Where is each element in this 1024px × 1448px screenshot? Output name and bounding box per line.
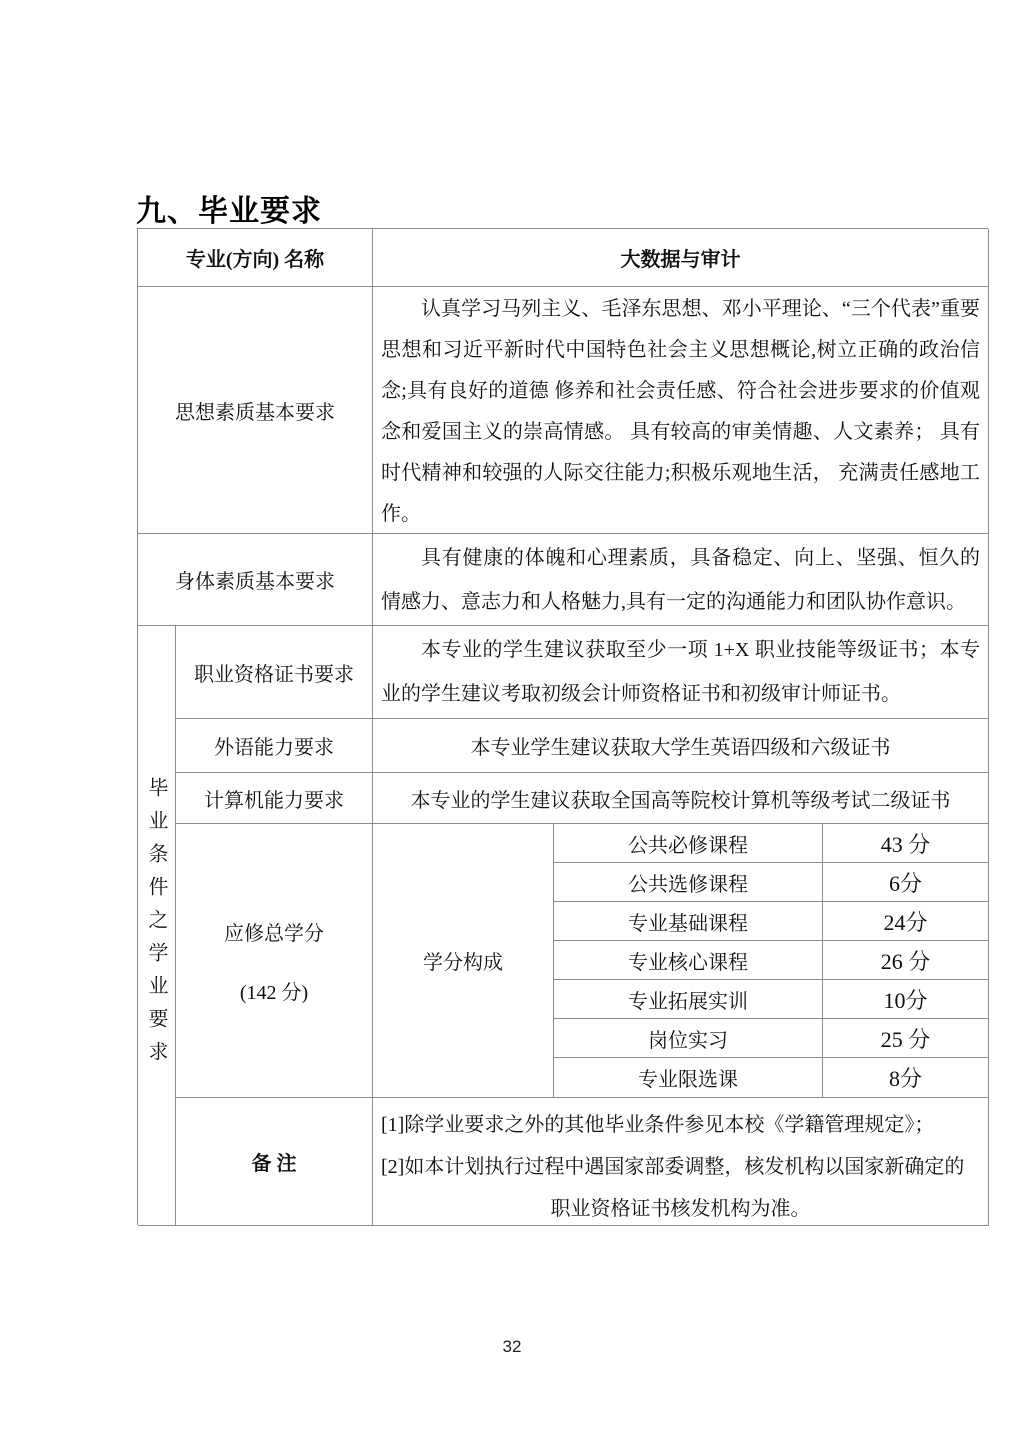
credit-item-name: 专业基础课程: [554, 902, 823, 941]
page-number: 32: [0, 1337, 1024, 1357]
credit-item-name: 公共必修课程: [554, 824, 823, 863]
credit-item-value: 26 分: [823, 941, 989, 980]
academic-group-label-text: 毕业条件之学业要求: [142, 777, 171, 1074]
remark-line-3: 职业资格证书核发机构为准。: [381, 1188, 980, 1226]
credit-item-value: 43 分: [823, 824, 989, 863]
foreign-language-text: 本专业学生建议获取大学生英语四级和六级证书: [373, 719, 989, 773]
credit-item-value: 24分: [823, 902, 989, 941]
document-page: 九、毕业要求 专业(方向) 名称 大数据与审计 思想素质基本要求 认真学习马列主…: [0, 0, 1024, 1448]
ideology-label: 思想素质基本要求: [138, 287, 373, 534]
foreign-language-label: 外语能力要求: [176, 719, 373, 773]
credit-item-value: 25 分: [823, 1019, 989, 1058]
graduation-requirements-table: 专业(方向) 名称 大数据与审计 思想素质基本要求 认真学习马列主义、毛泽东思想…: [137, 228, 988, 1225]
total-credits-title: 应修总学分: [224, 917, 324, 946]
physical-label: 身体素质基本要求: [138, 534, 373, 626]
computer-label: 计算机能力要求: [176, 773, 373, 824]
academic-group-label: 毕业条件之学业要求: [138, 626, 176, 1226]
remark-line-1: [1]除学业要求之外的其他毕业条件参见本校《学籍管理规定》；: [381, 1104, 980, 1146]
credit-item-name: 专业限选课: [554, 1058, 823, 1098]
section-title: 九、毕业要求: [136, 186, 322, 230]
header-major-name: 大数据与审计: [373, 229, 989, 287]
header-name-column: 专业(方向) 名称: [138, 229, 373, 287]
credit-composition-label: 学分构成: [373, 824, 554, 1098]
ideology-text: 认真学习马列主义、毛泽东思想、邓小平理论、“三个代表”重要思想和习近平新时代中国…: [373, 287, 989, 534]
credit-item-name: 专业核心课程: [554, 941, 823, 980]
credit-item-value: 6分: [823, 863, 989, 902]
credit-item-name: 公共选修课程: [554, 863, 823, 902]
remark-label: 备 注: [176, 1098, 373, 1226]
remark-line-2: [2]如本计划执行过程中遇国家部委调整，核发机构以国家新确定的: [381, 1146, 980, 1188]
credit-item-name: 岗位实习: [554, 1019, 823, 1058]
credit-item-value: 8分: [823, 1058, 989, 1098]
certificate-text: 本专业的学生建议获取至少一项 1+X 职业技能等级证书；本专业的学生建议考取初级…: [373, 626, 989, 719]
total-credits-label: 应修总学分 (142 分): [176, 824, 373, 1098]
total-credits-value: (142 分): [240, 976, 308, 1005]
certificate-label: 职业资格证书要求: [176, 626, 373, 719]
credit-item-value: 10分: [823, 980, 989, 1019]
physical-text: 具有健康的体魄和心理素质，具备稳定、向上、坚强、恒久的情感力、意志力和人格魅力,…: [373, 534, 989, 626]
credit-item-name: 专业拓展实训: [554, 980, 823, 1019]
computer-text: 本专业的学生建议获取全国高等院校计算机等级考试二级证书: [373, 773, 989, 824]
remark-text: [1]除学业要求之外的其他毕业条件参见本校《学籍管理规定》； [2]如本计划执行…: [373, 1098, 989, 1226]
